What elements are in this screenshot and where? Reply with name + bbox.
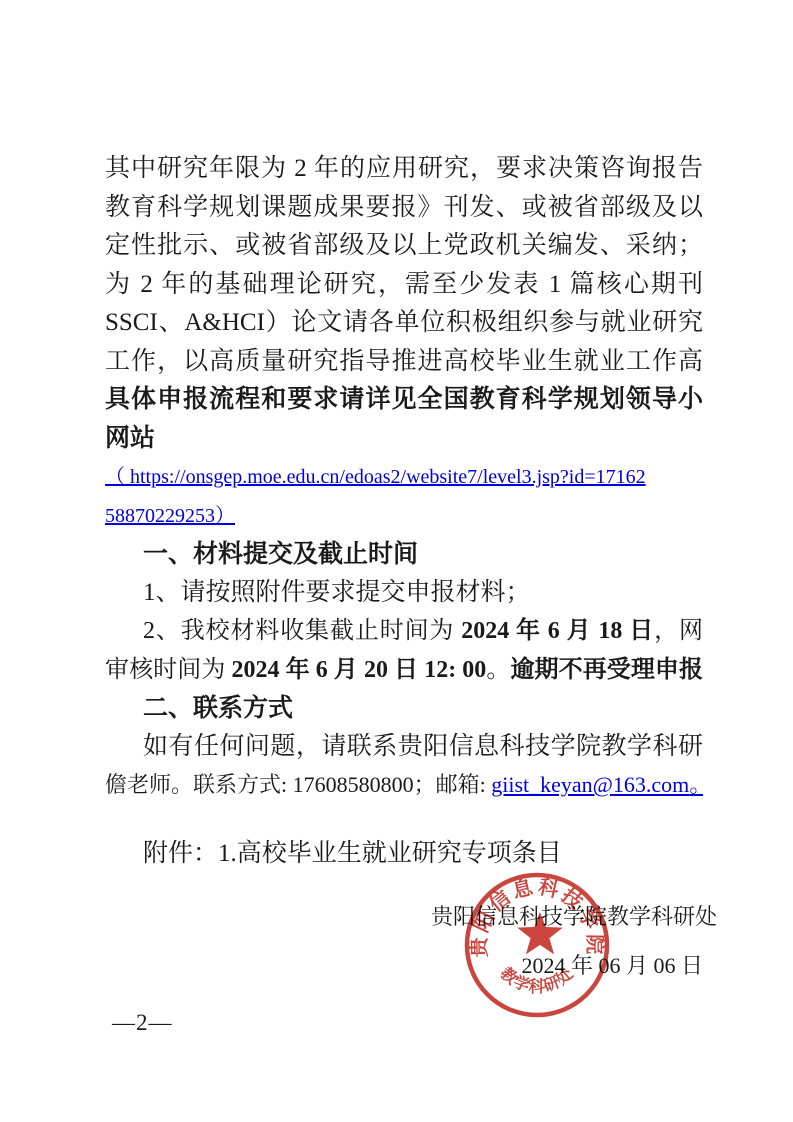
text-segment: 儋老师。联系方式: 17608580800；邮箱: (105, 772, 491, 797)
text-line: 定性批示、或被省部级及以上党政机关编发、采纳；研究期限 (105, 227, 703, 266)
signature-org: 贵阳信息科技学院教学科研处 (105, 901, 717, 933)
text-segment: 审核时间为 (105, 657, 231, 683)
text-segment: 附件：1.高校毕业生就业研究专项条目 (143, 840, 562, 867)
website-link-line-2: 58870229253） (105, 497, 703, 536)
text-segment: 2、我校材料收集截止时间为 (143, 618, 461, 644)
text-segment: 工作，以高质量研究指导推进高校毕业生就业工作高质量发展， (105, 348, 703, 382)
text-line: 2、我校材料收集截止时间为 2024 年 6 月 18 日，网上截止 (105, 612, 703, 651)
email-link[interactable]: giist_keyan@163.com (491, 772, 689, 797)
official-stamp: 贵阳信息科技学院 教学科研处 (460, 868, 614, 1022)
contact-line: 儋老师。联系方式: 17608580800；邮箱: giist_keyan@16… (105, 766, 703, 805)
text-segment: 具体申报流程和要求请详见全国教育科学规划领导小组办公室 (105, 386, 703, 420)
email-link-punctuation[interactable]: 。 (689, 772, 703, 797)
page-number: —2— (112, 1010, 173, 1036)
text-segment: 2024 年 6 月 18 日 (461, 618, 654, 644)
text-line: 工作，以高质量研究指导推进高校毕业生就业工作高质量发展， (105, 343, 703, 382)
svg-text:教学科研处: 教学科研处 (497, 964, 577, 996)
text-segment: 。 (486, 657, 510, 683)
text-line: 审核时间为 2024 年 6 月 20 日 12: 00。逾期不再受理申报材料。 (105, 651, 703, 690)
text-segment: 其中研究年限为 2 年的应用研究，要求决策咨询报告被《全国 (105, 155, 703, 189)
text-line: 1、请按照附件要求提交申报材料； (105, 574, 703, 613)
text-line: SSCI、A&HCI）论文请各单位积极组织参与就业研究专项申报 (105, 304, 703, 343)
text-segment: 1、请按照附件要求提交申报材料； (143, 579, 531, 606)
website-url-link-continued[interactable]: 58870229253） (105, 505, 235, 527)
text-line: 网站 (105, 420, 703, 459)
text-segment: 为 2 年的基础理论研究，需至少发表 1 篇核心期刊（或 SCI、 (105, 271, 703, 305)
text-segment: 教育科学规划课题成果要报》刊发、或被省部级及以上领导肯 (105, 194, 703, 228)
star-icon (517, 912, 563, 954)
text-segment: 网站 (105, 425, 155, 452)
website-url-link[interactable]: （ https://onsgep.moe.edu.cn/edoas2/websi… (105, 466, 646, 488)
section-heading-1: 一、材料提交及截止时间 (105, 535, 703, 574)
stamp-bottom-text: 教学科研处 (497, 964, 577, 996)
text-segment: SSCI、A&HCI）论文请各单位积极组织参与就业研究专项申报 (105, 309, 703, 343)
text-segment: 如有任何问题，请联系贵阳信息科技学院教学科研处熊乃 (105, 733, 703, 767)
text-line: 教育科学规划课题成果要报》刊发、或被省部级及以上领导肯 (105, 189, 703, 228)
text-segment: 定性批示、或被省部级及以上党政机关编发、采纳；研究期限 (105, 232, 703, 266)
text-segment: 二、联系方式 (143, 694, 293, 722)
document-body: 其中研究年限为 2 年的应用研究，要求决策咨询报告被《全国教育科学规划课题成果要… (105, 150, 703, 873)
text-line: 具体申报流程和要求请详见全国教育科学规划领导小组办公室 (105, 381, 703, 420)
website-link-line-1: （ https://onsgep.moe.edu.cn/edoas2/websi… (105, 458, 703, 497)
section-heading-2: 二、联系方式 (105, 689, 703, 728)
text-line: 为 2 年的基础理论研究，需至少发表 1 篇核心期刊（或 SCI、 (105, 266, 703, 305)
text-segment: 一、材料提交及截止时间 (143, 540, 418, 568)
text-line: 如有任何问题，请联系贵阳信息科技学院教学科研处熊乃 (105, 728, 703, 767)
text-segment: 2024 年 6 月 20 日 12: 00 (231, 657, 486, 683)
text-line: 其中研究年限为 2 年的应用研究，要求决策咨询报告被《全国 (105, 150, 703, 189)
signature-date: 2024 年 06 月 06 日 (105, 950, 709, 982)
